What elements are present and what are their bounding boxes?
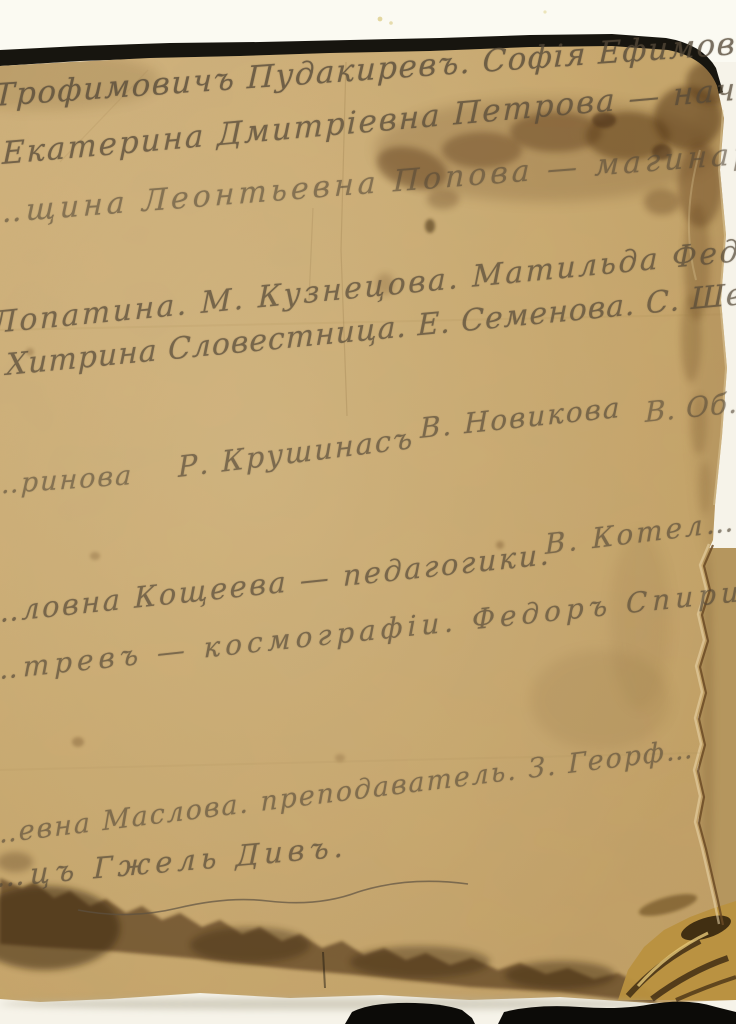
- scanned-document-page: Трофимовичъ Пудакиревъ. Софія Ефимовна М…: [0, 0, 736, 1024]
- paper-artwork: [0, 0, 736, 1024]
